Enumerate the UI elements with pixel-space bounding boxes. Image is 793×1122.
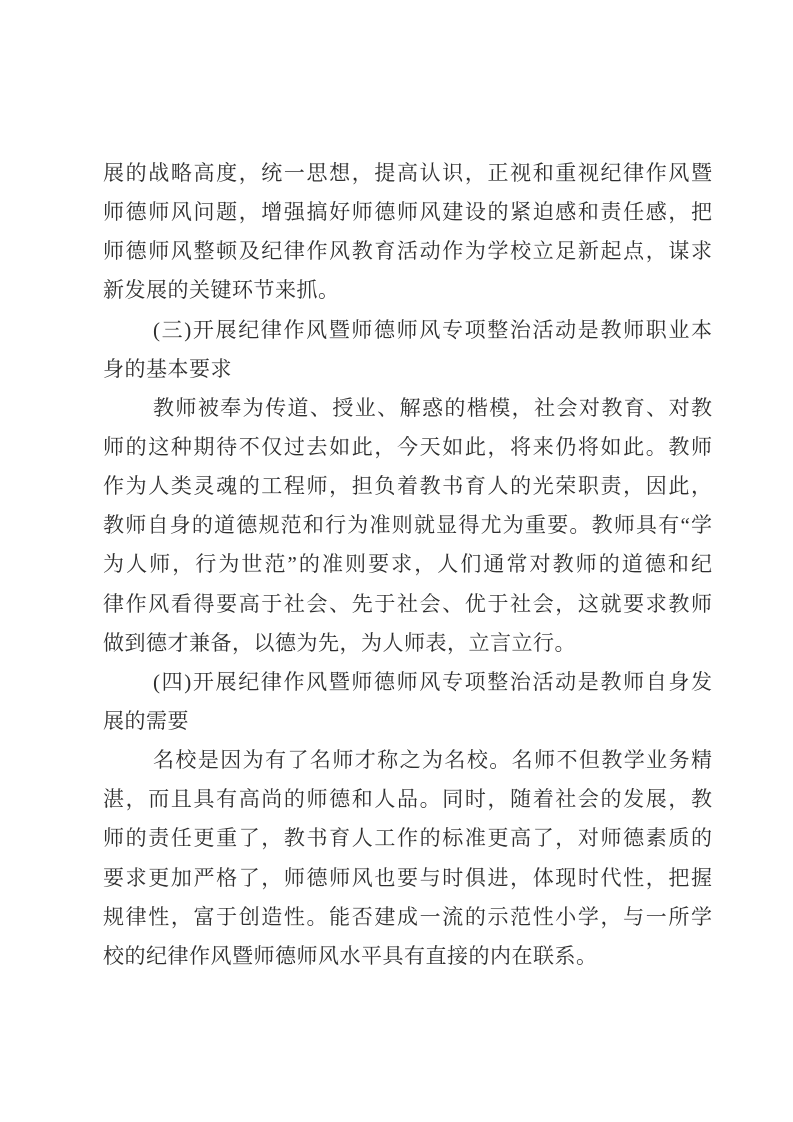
text-line: 律作风看得要高于社会、先于社会、优于社会，这就要求教师 [103,585,712,624]
document-page: 展的战略高度，统一思想，提高认识，正视和重视纪律作风暨师德师风问题，增强搞好师德… [0,0,793,1122]
text-line: 师的这种期待不仅过去如此，今天如此，将来仍将如此。教师 [103,428,712,467]
text-line: 师德师风整顿及纪律作风教育活动作为学校立足新起点，谋求 [103,232,712,271]
text-line: 师德师风问题，增强搞好师德师风建设的紧迫感和责任感，把 [103,193,712,232]
text-line: 师的责任更重了，教书育人工作的标准更高了，对师德素质的 [103,819,712,858]
text-line: (四)开展纪律作风暨师德师风专项整治活动是教师自身发 [103,663,712,702]
text-line: 身的基本要求 [103,350,712,389]
text-line: 为人师，行为世范”的准则要求，人们通常对教师的道德和纪 [103,545,712,584]
document-body: 展的战略高度，统一思想，提高认识，正视和重视纪律作风暨师德师风问题，增强搞好师德… [103,154,712,976]
text-line: 做到德才兼备，以德为先，为人师表，立言立行。 [103,624,712,663]
paragraph: 展的战略高度，统一思想，提高认识，正视和重视纪律作风暨师德师风问题，增强搞好师德… [103,154,712,311]
text-line: 规律性，富于创造性。能否建成一流的示范性小学，与一所学 [103,898,712,937]
paragraph: 名校是因为有了名师才称之为名校。名师不但教学业务精湛，而且具有高尚的师德和人品。… [103,741,712,976]
text-line: 湛，而且具有高尚的师德和人品。同时，随着社会的发展，教 [103,780,712,819]
section-heading: (三)开展纪律作风暨师德师风专项整治活动是教师职业本身的基本要求 [103,311,712,389]
text-line: 展的需要 [103,702,712,741]
text-line: 教师自身的道德规范和行为准则就显得尤为重要。教师具有“学 [103,506,712,545]
text-line: 展的战略高度，统一思想，提高认识，正视和重视纪律作风暨 [103,154,712,193]
text-line: 校的纪律作风暨师德师风水平具有直接的内在联系。 [103,937,712,976]
text-line: 要求更加严格了，师德师风也要与时俱进，体现时代性，把握 [103,859,712,898]
section-heading: (四)开展纪律作风暨师德师风专项整治活动是教师自身发展的需要 [103,663,712,741]
text-line: 新发展的关键环节来抓。 [103,271,712,310]
text-line: (三)开展纪律作风暨师德师风专项整治活动是教师职业本 [103,311,712,350]
paragraph: 教师被奉为传道、授业、解惑的楷模，社会对教育、对教师的这种期待不仅过去如此，今天… [103,389,712,663]
text-line: 作为人类灵魂的工程师，担负着教书育人的光荣职责，因此， [103,467,712,506]
text-line: 名校是因为有了名师才称之为名校。名师不但教学业务精 [103,741,712,780]
text-line: 教师被奉为传道、授业、解惑的楷模，社会对教育、对教 [103,389,712,428]
